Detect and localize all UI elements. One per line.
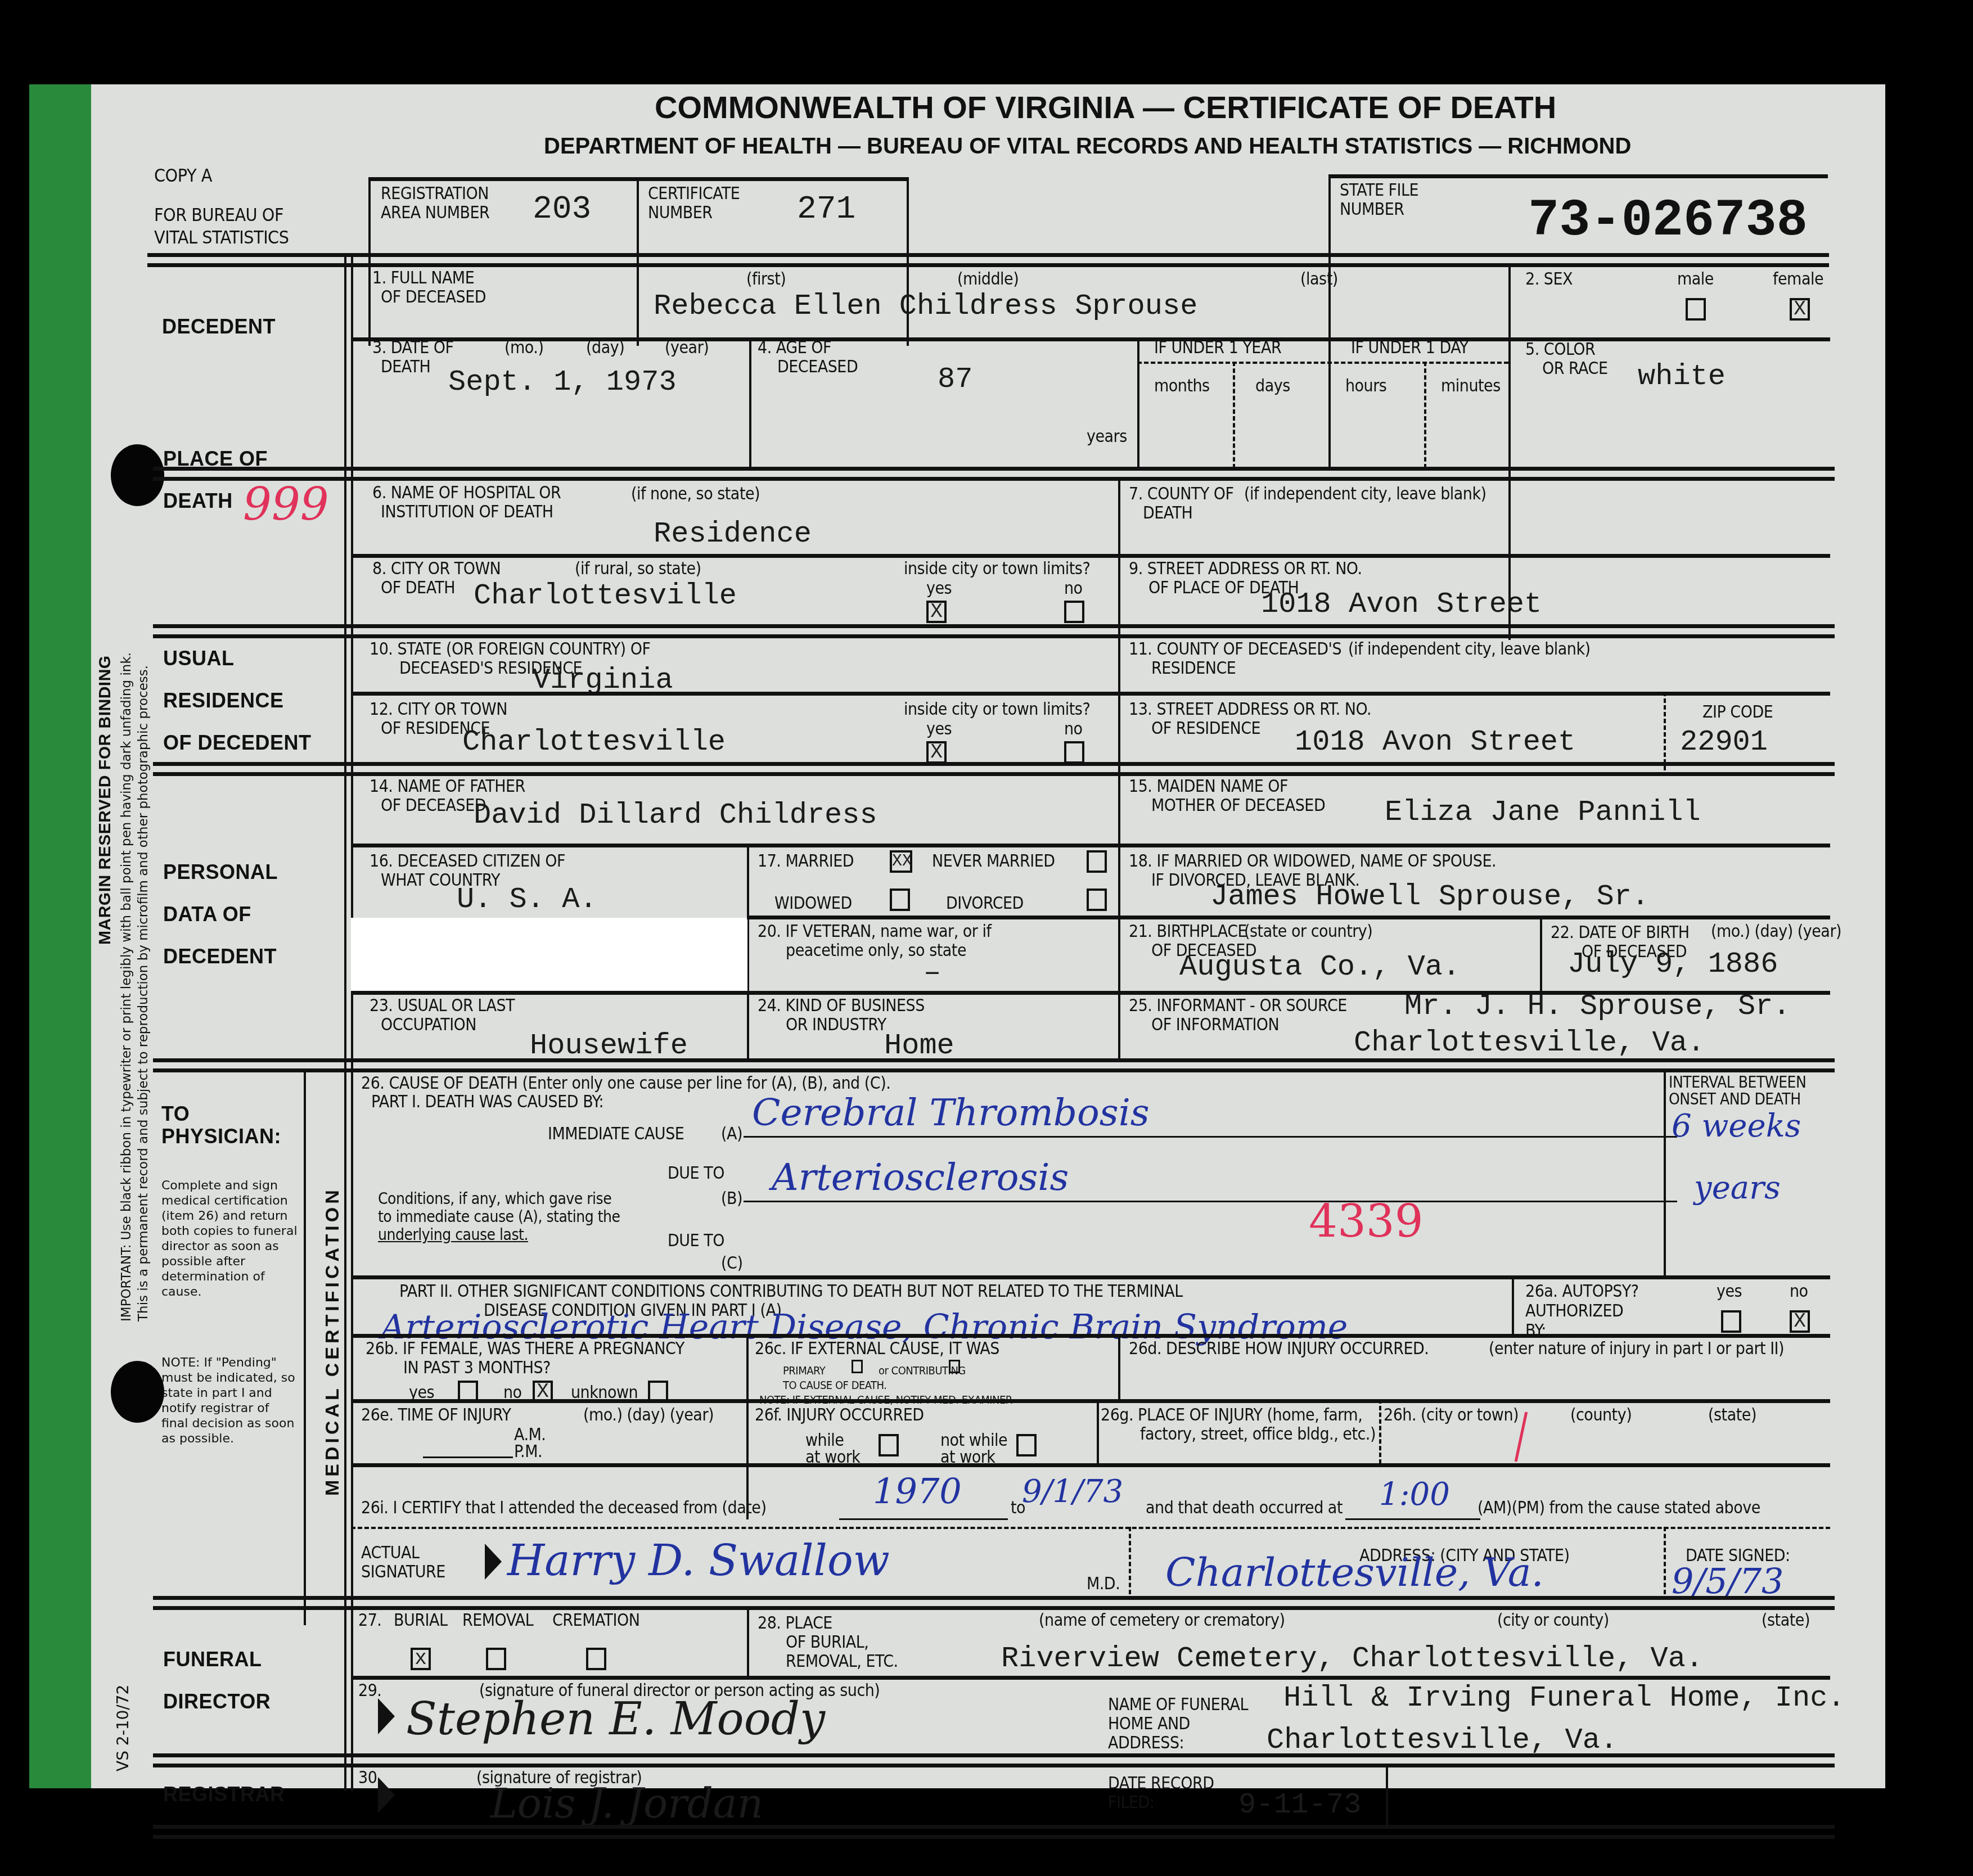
cause-b-value: Arteriosclerosis xyxy=(772,1156,1069,1199)
field-26b-label2: IN PAST 3 MONTHS? xyxy=(403,1359,551,1378)
section-death: DEATH xyxy=(163,489,233,513)
full-name-value: Rebecca Ellen Childress Sprouse xyxy=(654,290,1197,323)
hint-day: (day) xyxy=(586,339,624,358)
funeral-home-label: NAME OF FUNERAL xyxy=(1108,1695,1248,1715)
state-file-label2: NUMBER xyxy=(1340,200,1404,219)
actual-signature-label: ACTUAL xyxy=(361,1544,420,1563)
cremation-checkbox[interactable] xyxy=(586,1648,606,1670)
certificate-paper: MARGIN RESERVED FOR BINDING IMPORTANT: U… xyxy=(29,84,1885,1788)
field-26e-hint: (mo.) (day) (year) xyxy=(583,1406,714,1425)
days-label: days xyxy=(1255,377,1290,396)
no-label: no xyxy=(1064,720,1083,739)
yes-label: yes xyxy=(926,579,952,598)
arrow-icon xyxy=(378,1698,395,1734)
city-county-hint: (city or county) xyxy=(1497,1611,1609,1630)
funeral-home-label3: ADDRESS: xyxy=(1108,1734,1184,1753)
interval-a-value: 6 weeks xyxy=(1672,1108,1801,1144)
arrow-icon xyxy=(378,1777,395,1813)
residence-limits-no-checkbox[interactable] xyxy=(1064,741,1084,764)
field-6-label2: INSTITUTION OF DEATH xyxy=(381,503,553,522)
autopsy-yes-checkbox[interactable] xyxy=(1721,1310,1741,1333)
field-26d-label: 26d. DESCRIBE HOW INJURY OCCURRED. xyxy=(1129,1340,1429,1359)
mother-maiden-name-value: Eliza Jane Pannill xyxy=(1385,796,1701,829)
section-to-physician: TO xyxy=(161,1102,190,1126)
external-contributing-checkbox[interactable] xyxy=(949,1360,960,1373)
zip-code-label: ZIP CODE xyxy=(1702,703,1773,722)
part-1-label: PART I. DEATH WAS CAUSED BY: xyxy=(371,1093,603,1112)
hint-mo: (mo.) xyxy=(504,339,543,358)
married-checkbox[interactable]: XX xyxy=(890,850,912,873)
due-to-label: DUE TO xyxy=(668,1164,724,1183)
married-label: 17. MARRIED xyxy=(758,852,854,871)
field-7-label2: DEATH xyxy=(1143,504,1192,523)
attended-to-value: 9/1/73 xyxy=(1022,1473,1123,1510)
section-data-of: DATA OF xyxy=(163,903,251,926)
field-18-label: 18. IF MARRIED OR WIDOWED, NAME OF SPOUS… xyxy=(1129,852,1496,871)
field-23-label2: OCCUPATION xyxy=(381,1016,476,1035)
state-file-label: STATE FILE xyxy=(1340,181,1418,200)
field-23-label: 23. USUAL OR LAST xyxy=(370,996,515,1016)
pending-note: NOTE: If "Pending" must be indicated, so… xyxy=(161,1355,299,1446)
margin-permanent-text: This is a permanent record and subject t… xyxy=(136,665,151,1322)
section-residence: RESIDENCE xyxy=(163,689,284,712)
autopsy-label: 26a. AUTOPSY? xyxy=(1525,1282,1639,1301)
field-8-label: 8. CITY OR TOWN xyxy=(372,560,501,579)
cause-b-label: (B) xyxy=(721,1189,742,1208)
attended-from-value: 1970 xyxy=(873,1471,962,1512)
residence-street-value: 1018 Avon Street xyxy=(1295,725,1575,759)
punch-hole xyxy=(111,1361,164,1423)
veteran-value: – xyxy=(924,956,941,989)
field-3-label: 3. DATE OF xyxy=(372,339,454,358)
field-7-hint: (if independent city, leave blank) xyxy=(1244,485,1486,504)
cremation-label: CREMATION xyxy=(552,1611,639,1630)
section-funeral-director: FUNERAL xyxy=(163,1648,262,1671)
field-15-label2: MOTHER OF DECEASED xyxy=(1151,796,1325,815)
race-value: white xyxy=(1638,360,1726,393)
physician-address-value: Charlottesville, Va. xyxy=(1165,1549,1544,1595)
years-label: years xyxy=(1087,427,1127,447)
conditions-label2: to immediate cause (A), stating the xyxy=(378,1207,620,1226)
field-8-hint: (if rural, so state) xyxy=(575,560,701,579)
cause-a-value: Cerebral Thrombosis xyxy=(752,1091,1150,1134)
field-26d-hint: (enter nature of injury in part I or par… xyxy=(1489,1340,1784,1359)
county-hint: (county) xyxy=(1570,1406,1632,1425)
field-6-hint: (if none, so state) xyxy=(631,485,760,504)
actual-signature-label2: SIGNATURE xyxy=(361,1563,445,1582)
section-registrar: REGISTRAR xyxy=(163,1783,285,1806)
field-4-label: 4. AGE OF xyxy=(758,339,831,358)
hint-year: (year) xyxy=(665,339,709,358)
yes-label: yes xyxy=(926,720,952,739)
field-22-label: 22. DATE OF BIRTH xyxy=(1551,923,1690,942)
field-29-label: 29. xyxy=(358,1681,381,1701)
section-usual-residence: USUAL xyxy=(163,647,235,670)
field-13-label: 13. STREET ADDRESS OR RT. NO. xyxy=(1129,700,1371,719)
field-11-label: 11. COUNTY OF DECEASED'S xyxy=(1129,640,1341,659)
date-of-death-value: Sept. 1, 1973 xyxy=(448,366,677,399)
citizen-of-value: U. S. A. xyxy=(457,883,597,916)
field-20-label: 20. IF VETERAN, name war, or if xyxy=(758,922,992,941)
institution-value: Residence xyxy=(654,517,812,551)
certificate-number-label2: NUMBER xyxy=(648,204,713,223)
field-7-label: 7. COUNTY OF xyxy=(1129,485,1234,504)
autopsy-no-checkbox[interactable]: X xyxy=(1790,1310,1810,1333)
funeral-director-signature: Stephen E. Moody xyxy=(406,1693,825,1745)
field-26b-label: 26b. IF FEMALE, WAS THERE A PREGNANCY xyxy=(366,1340,684,1359)
hint-middle: (middle) xyxy=(957,270,1019,289)
field-26h-label: 26h. (city or town) xyxy=(1384,1406,1519,1425)
hours-label: hours xyxy=(1345,377,1386,396)
sex-male-label: male xyxy=(1677,270,1714,289)
field-26e-label: 26e. TIME OF INJURY xyxy=(361,1406,511,1425)
punch-hole xyxy=(111,444,164,506)
state-file-number: 73-026738 xyxy=(1528,191,1808,250)
conditions-label: Conditions, if any, which gave rise xyxy=(378,1189,611,1208)
field-26g-label2: factory, street, office bldg., etc.) xyxy=(1140,1425,1376,1444)
registrar-signature: Lois J. Jordan xyxy=(490,1780,763,1827)
residence-limits-yes-checkbox[interactable]: X xyxy=(926,741,947,764)
physician-signature: Harry D. Swallow xyxy=(507,1535,890,1585)
section-physician: PHYSICIAN: xyxy=(161,1125,281,1148)
burial-label: BURIAL xyxy=(394,1611,447,1630)
removal-checkbox[interactable] xyxy=(486,1648,506,1670)
funeral-home-name: Hill & Irving Funeral Home, Inc. xyxy=(1283,1681,1845,1715)
widowed-label: WIDOWED xyxy=(774,894,852,913)
not-while-at-work-checkbox[interactable] xyxy=(1016,1434,1037,1456)
field-10-label: 10. STATE (OR FOREIGN COUNTRY) OF xyxy=(370,640,650,659)
md-label: M.D. xyxy=(1087,1575,1120,1594)
interval-label: INTERVAL BETWEEN xyxy=(1669,1073,1806,1092)
field-24-label: 24. KIND OF BUSINESS xyxy=(758,996,925,1016)
certificate-title: COMMONWEALTH OF VIRGINIA — CERTIFICATE O… xyxy=(655,89,1556,125)
field-3-label2: DEATH xyxy=(381,358,430,377)
informant-name-value: Mr. J. H. Sprouse, Sr. xyxy=(1404,990,1791,1023)
certificate-number-label: CERTIFICATE xyxy=(648,184,740,204)
burial-checkbox[interactable]: x xyxy=(411,1648,431,1670)
field-28-label2: OF BURIAL, xyxy=(786,1633,868,1652)
immediate-cause-label: IMMEDIATE CAUSE xyxy=(548,1125,684,1144)
field-6-label: 6. NAME OF HOSPITAL OR xyxy=(372,484,561,503)
city-of-death-value: Charlottesville xyxy=(474,579,737,612)
father-name-value: David Dillard Childress xyxy=(474,799,877,832)
field-5-label: 5. COLOR xyxy=(1525,340,1595,359)
never-married-checkbox[interactable] xyxy=(1087,850,1107,873)
removal-label: REMOVAL xyxy=(462,1611,533,1630)
field-25-label: 25. INFORMANT - OR SOURCE xyxy=(1129,996,1347,1016)
external-primary-checkbox[interactable] xyxy=(852,1360,863,1373)
field-4-label2: DECEASED xyxy=(777,358,858,377)
pm-label: P.M. xyxy=(514,1442,542,1462)
divorced-label: DIVORCED xyxy=(946,894,1024,913)
minutes-label: minutes xyxy=(1441,377,1501,396)
field-11-hint: (if independent city, leave blank) xyxy=(1348,640,1591,659)
hint-last: (last) xyxy=(1300,270,1338,289)
occupation-value: Housewife xyxy=(530,1029,688,1062)
field-28-label3: REMOVAL, ETC. xyxy=(786,1652,898,1671)
while-at-work-checkbox[interactable] xyxy=(879,1434,899,1456)
no-label: no xyxy=(1064,579,1083,598)
form-id: VS 2-10/72 xyxy=(114,1685,132,1771)
sex-female-checkbox[interactable]: X xyxy=(1790,298,1810,321)
funeral-home-address: Charlottesville, Va. xyxy=(1267,1724,1618,1757)
registration-area-label2: AREA NUMBER xyxy=(381,204,489,223)
margin-important-text: IMPORTANT: Use black ribbon in typewrite… xyxy=(119,652,134,1322)
cause-a-label: (A) xyxy=(721,1125,742,1144)
field-26-label: 26. CAUSE OF DEATH (Enter only one cause… xyxy=(361,1074,890,1093)
section-place-of-death: PLACE OF xyxy=(163,447,268,471)
field-16-label: 16. DECEASED CITIZEN OF xyxy=(370,852,565,871)
binding-margin-stripe xyxy=(29,84,91,1788)
section-of-decedent: OF DECEDENT xyxy=(163,731,312,755)
cause-code: 4339 xyxy=(1309,1195,1424,1247)
physician-instructions: Complete and sign medical certification … xyxy=(161,1178,299,1300)
date-of-birth-value: July 9, 1886 xyxy=(1567,948,1778,981)
time-of-death-value: 1:00 xyxy=(1379,1476,1450,1513)
certificate-subtitle: DEPARTMENT OF HEALTH — BUREAU OF VITAL R… xyxy=(544,134,1631,159)
death-occurred-label: and that death occurred at xyxy=(1146,1499,1343,1518)
inside-limits-label: inside city or town limits? xyxy=(904,700,1090,719)
interval-label2: ONSET AND DEATH xyxy=(1669,1090,1801,1109)
field-26c-label: 26c. IF EXTERNAL CAUSE, IT WAS xyxy=(755,1340,999,1359)
under-1-year-label: IF UNDER 1 YEAR xyxy=(1154,339,1281,358)
registration-area-number: 203 xyxy=(533,191,591,228)
date-filed-label2: FILED: xyxy=(1108,1793,1154,1812)
copy-label: COPY A xyxy=(154,166,212,185)
conditions-label3: underlying cause last. xyxy=(378,1225,528,1244)
field-2-label: 2. SEX xyxy=(1525,270,1573,289)
cemetery-hint: (name of cemetery or crematory) xyxy=(1039,1611,1285,1630)
field-13-label2: OF RESIDENCE xyxy=(1151,719,1260,738)
interval-b-value: years xyxy=(1694,1170,1781,1206)
section-director: DIRECTOR xyxy=(163,1690,271,1713)
due-to-label-2: DUE TO xyxy=(668,1232,724,1251)
date-filed-label: DATE RECORD xyxy=(1108,1774,1214,1793)
certificate-number: 271 xyxy=(797,191,855,228)
autopsy-no-label: no xyxy=(1790,1282,1808,1301)
field-27-label: 27. xyxy=(358,1611,381,1630)
age-value: 87 xyxy=(938,363,972,396)
field-26f-label: 26f. INJURY OCCURRED xyxy=(755,1406,924,1425)
field-8-label2: OF DEATH xyxy=(381,579,455,598)
arrow-icon xyxy=(485,1544,502,1580)
cause-stated-label: (AM)(PM) from the cause stated above xyxy=(1478,1499,1760,1518)
vital-statistics-label: VITAL STATISTICS xyxy=(154,228,289,247)
hint-first: (first) xyxy=(746,270,786,289)
burial-place-value: Riverview Cemetery, Charlottesville, Va. xyxy=(1001,1642,1703,1675)
part-2-label: PART II. OTHER SIGNIFICANT CONDITIONS CO… xyxy=(399,1282,1183,1301)
field-1-label: 1. FULL NAME xyxy=(372,269,474,288)
sex-male-checkbox[interactable] xyxy=(1686,298,1706,321)
field-12-label: 12. CITY OR TOWN xyxy=(370,700,507,719)
section-decedent-2: DECEDENT xyxy=(163,945,277,968)
field-5-label2: OR RACE xyxy=(1542,359,1607,378)
section-personal-data: PERSONAL xyxy=(163,860,278,884)
field-28-label: 28. PLACE xyxy=(758,1614,832,1633)
autopsy-yes-label: yes xyxy=(1717,1282,1742,1301)
field-22-hint: (mo.) (day) (year) xyxy=(1711,922,1841,941)
city-limits-yes-checkbox[interactable]: X xyxy=(926,601,947,623)
birthplace-value: Augusta Co., Va. xyxy=(1179,950,1460,984)
city-of-residence-value: Charlottesville xyxy=(462,725,726,759)
funeral-home-label2: HOME AND xyxy=(1108,1715,1190,1734)
inside-limits-label: inside city or town limits? xyxy=(904,560,1090,579)
redacted-field-19 xyxy=(351,918,747,991)
death-street-value: 1018 Avon Street xyxy=(1261,588,1542,621)
place-code: 999 xyxy=(243,478,329,530)
field-1-label2: OF DECEASED xyxy=(381,288,486,307)
field-26i-label: 26i. I CERTIFY that I attended the decea… xyxy=(361,1499,766,1518)
margin-reserved-text: MARGIN RESERVED FOR BINDING xyxy=(96,655,115,945)
registration-area-label: REGISTRATION xyxy=(381,184,489,204)
field-24-label2: OR INDUSTRY xyxy=(786,1016,886,1035)
widowed-checkbox[interactable] xyxy=(890,889,910,911)
never-married-label: NEVER MARRIED xyxy=(932,852,1055,871)
divorced-checkbox[interactable] xyxy=(1087,889,1107,911)
city-limits-no-checkbox[interactable] xyxy=(1064,601,1084,623)
informant-address-value: Charlottesville, Va. xyxy=(1354,1026,1705,1059)
field-15-label: 15. MAIDEN NAME OF xyxy=(1129,777,1288,796)
autopsy-authorized-label: AUTHORIZED xyxy=(1525,1302,1623,1321)
state-hint: (state) xyxy=(1708,1406,1756,1425)
cause-c-label: (C) xyxy=(721,1254,742,1273)
medical-certification-label: MEDICAL CERTIFICATION xyxy=(322,1187,344,1496)
sex-female-label: female xyxy=(1773,270,1823,289)
months-label: months xyxy=(1154,377,1210,396)
zip-code-value: 22901 xyxy=(1680,725,1768,759)
under-1-day-label: IF UNDER 1 DAY xyxy=(1351,339,1469,358)
field-21-label: 21. BIRTHPLACE xyxy=(1129,922,1247,941)
field-25-label2: OF INFORMATION xyxy=(1151,1016,1279,1035)
for-bureau-label: FOR BUREAU OF xyxy=(154,205,283,224)
spouse-name-value: James Howell Sprouse, Sr. xyxy=(1210,880,1649,913)
field-14-label: 14. NAME OF FATHER xyxy=(370,777,525,796)
date-filed-value: 9-11-73 xyxy=(1238,1788,1361,1821)
business-value: Home xyxy=(884,1029,954,1062)
field-9-label: 9. STREET ADDRESS OR RT. NO. xyxy=(1129,560,1362,579)
field-11-label2: RESIDENCE xyxy=(1151,659,1236,678)
state-hint-2: (state) xyxy=(1762,1611,1810,1630)
field-26g-label: 26g. PLACE OF INJURY (home, farm, xyxy=(1101,1406,1362,1425)
section-decedent: DECEDENT xyxy=(162,315,276,339)
field-14-label2: OF DECEASED xyxy=(381,796,486,815)
field-21-hint: (state or country) xyxy=(1244,922,1372,941)
